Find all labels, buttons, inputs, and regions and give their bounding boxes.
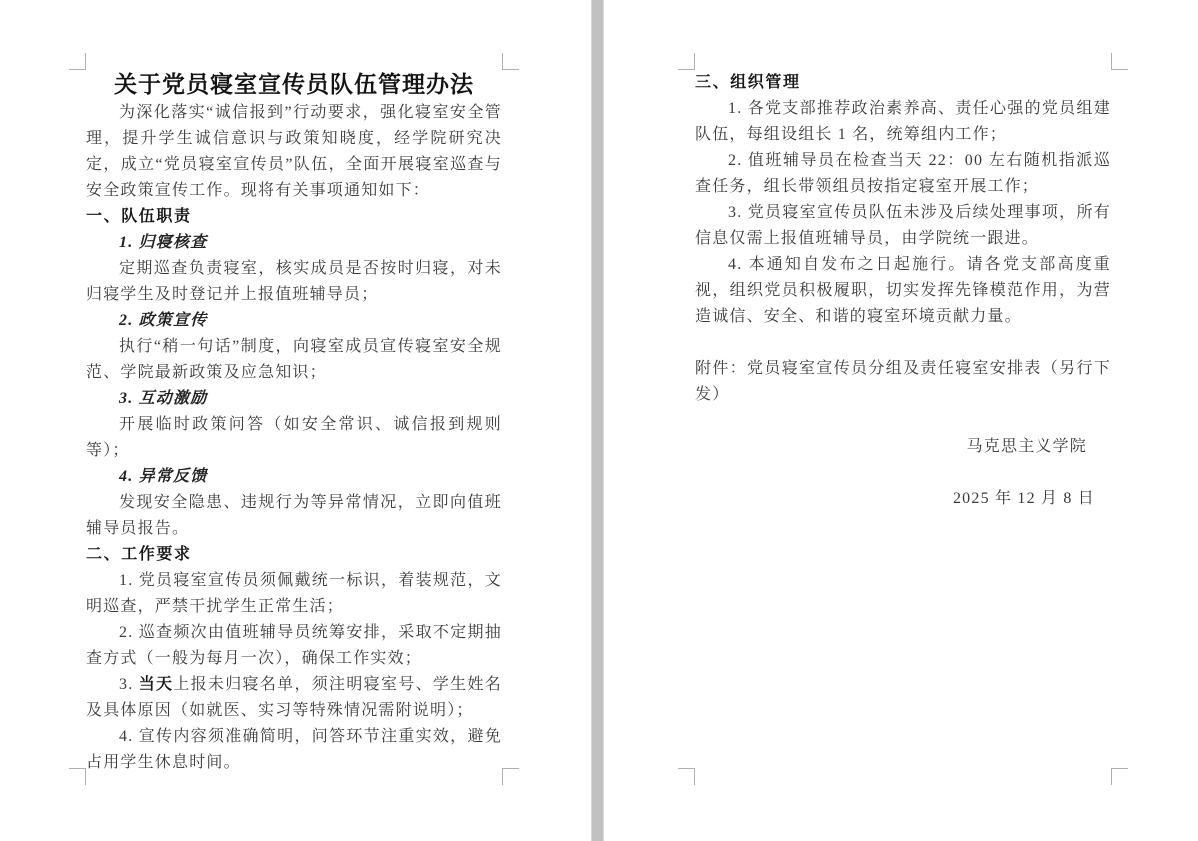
section-heading: 三、组织管理 (695, 70, 1111, 96)
paragraph-text: 3. 党员寝室宣传员队伍未涉及后续处理事项，所有信息仅需上报值班辅导员，由学院统… (695, 204, 1111, 247)
paragraph: 2. 值班辅导员在检查当天 22：00 左右随机指派巡查任务，组长带领组员按指定… (695, 148, 1111, 200)
text-boundary-mark-bottom-right (502, 768, 519, 785)
paragraph: 定期巡查负责寝室，核实成员是否按时归寝，对未归寝学生及时登记并上报值班辅导员； (86, 256, 502, 308)
signature-line: 马克思主义学院 (695, 434, 1111, 460)
page-1: 关于党员寝室宣传员队伍管理办法 为深化落实“诚信报到”行动要求，强化寝室安全管理… (0, 0, 592, 841)
sub-heading: 1. 归寝核查 (86, 230, 502, 256)
attachment-line: 附件：党员寝室宣传员分组及责任寝室安排表（另行下发） (695, 356, 1111, 408)
paragraph-text: 执行“稍一句话”制度，向寝室成员宣传寝室安全规范、学院最新政策及应急知识； (86, 338, 502, 381)
text-boundary-mark-bottom-left (678, 768, 695, 785)
paragraph: 4. 本通知自发布之日起施行。请各党支部高度重视，组织党员积极履职，切实发挥先锋… (695, 252, 1111, 330)
paragraph-text: 4. 本通知自发布之日起施行。请各党支部高度重视，组织党员积极履职，切实发挥先锋… (695, 256, 1111, 325)
section-heading: 二、工作要求 (86, 542, 502, 568)
emphasis-text: 当天 (139, 676, 174, 693)
paragraph-text: 2. 值班辅导员在检查当天 22：00 左右随机指派巡查任务，组长带领组员按指定… (695, 152, 1111, 195)
paragraph-text: 3. (119, 676, 139, 693)
paragraph-text: 1. 各党支部推荐政治素养高、责任心强的党员组建队伍，每组设组长 1 名，统筹组… (695, 100, 1111, 143)
paragraph: 开展临时政策问答（如安全常识、诚信报到规则等）； (86, 412, 502, 464)
blank-line (695, 460, 1111, 486)
paragraph: 3. 当天上报未归寝名单，须注明寝室号、学生姓名及具体原因（如就医、实习等特殊情… (86, 672, 502, 724)
text-boundary-mark-bottom-left (69, 768, 86, 785)
text-boundary-mark-top-left (69, 53, 86, 70)
document-title: 关于党员寝室宣传员队伍管理办法 (86, 70, 502, 100)
paragraph: 1. 党员寝室宣传员须佩戴统一标识，着装规范，文明巡查，严禁干扰学生正常生活； (86, 568, 502, 620)
page-1-body: 为深化落实“诚信报到”行动要求，强化寝室安全管理，提升学生诚信意识与政策知晓度，… (86, 100, 502, 776)
page-2-content: 三、组织管理1. 各党支部推荐政治素养高、责任心强的党员组建队伍，每组设组长 1… (695, 70, 1111, 512)
paragraph: 执行“稍一句话”制度，向寝室成员宣传寝室安全规范、学院最新政策及应急知识； (86, 334, 502, 386)
paragraph: 1. 各党支部推荐政治素养高、责任心强的党员组建队伍，每组设组长 1 名，统筹组… (695, 96, 1111, 148)
section-heading: 一、队伍职责 (86, 204, 502, 230)
paragraph: 4. 宣传内容须准确简明，问答环节注重实效，避免占用学生休息时间。 (86, 724, 502, 776)
paragraph-text: 定期巡查负责寝室，核实成员是否按时归寝，对未归寝学生及时登记并上报值班辅导员； (86, 260, 502, 303)
blank-line (695, 330, 1111, 356)
blank-line (695, 408, 1111, 434)
paragraph-text: 发现安全隐患、违规行为等异常情况，立即向值班辅导员报告。 (86, 494, 502, 537)
page-2-body: 三、组织管理1. 各党支部推荐政治素养高、责任心强的党员组建队伍，每组设组长 1… (695, 70, 1111, 512)
page-gap-divider (591, 0, 604, 841)
text-boundary-mark-top-right (1111, 53, 1128, 70)
paragraph-text: 4. 宣传内容须准确简明，问答环节注重实效，避免占用学生休息时间。 (86, 728, 502, 771)
page-2: 三、组织管理1. 各党支部推荐政治素养高、责任心强的党员组建队伍，每组设组长 1… (604, 0, 1198, 841)
sub-heading: 2. 政策宣传 (86, 308, 502, 334)
paragraph-text: 为深化落实“诚信报到”行动要求，强化寝室安全管理，提升学生诚信意识与政策知晓度，… (86, 104, 502, 199)
paragraph-text: 附件：党员寝室宣传员分组及责任寝室安排表（另行下发） (695, 360, 1111, 403)
paragraph: 2. 巡查频次由值班辅导员统筹安排，采取不定期抽查方式（一般为每月一次），确保工… (86, 620, 502, 672)
text-boundary-mark-top-left (678, 53, 695, 70)
paragraph: 为深化落实“诚信报到”行动要求，强化寝室安全管理，提升学生诚信意识与政策知晓度，… (86, 100, 502, 204)
document-canvas: 关于党员寝室宣传员队伍管理办法 为深化落实“诚信报到”行动要求，强化寝室安全管理… (0, 0, 1198, 841)
text-boundary-mark-top-right (502, 53, 519, 70)
date-line: 2025 年 12 月 8 日 (695, 486, 1111, 512)
paragraph-text: 1. 党员寝室宣传员须佩戴统一标识，着装规范，文明巡查，严禁干扰学生正常生活； (86, 572, 502, 615)
paragraph-text: 开展临时政策问答（如安全常识、诚信报到规则等）； (86, 416, 502, 459)
page-1-content: 关于党员寝室宣传员队伍管理办法 为深化落实“诚信报到”行动要求，强化寝室安全管理… (86, 70, 502, 776)
sub-heading: 3. 互动激励 (86, 386, 502, 412)
sub-heading: 4. 异常反馈 (86, 464, 502, 490)
paragraph: 发现安全隐患、违规行为等异常情况，立即向值班辅导员报告。 (86, 490, 502, 542)
paragraph: 3. 党员寝室宣传员队伍未涉及后续处理事项，所有信息仅需上报值班辅导员，由学院统… (695, 200, 1111, 252)
text-boundary-mark-bottom-right (1111, 768, 1128, 785)
paragraph-text: 2. 巡查频次由值班辅导员统筹安排，采取不定期抽查方式（一般为每月一次），确保工… (86, 624, 502, 667)
